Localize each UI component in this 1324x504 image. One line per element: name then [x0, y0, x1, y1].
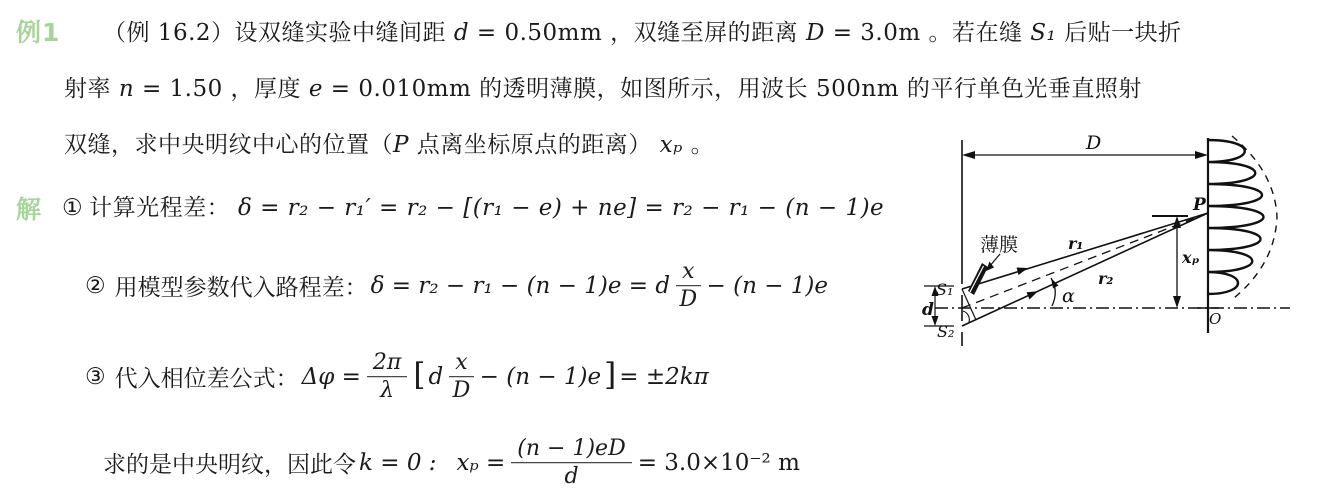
step-1-formula: δ = r₂ − r₁′ = r₂ − [(r₁ − e) + ne] = r₂… — [238, 195, 884, 221]
condition-k-equals-0: k = 0 : — [359, 450, 437, 476]
xp-equals: xₚ = — [457, 450, 506, 476]
problem-text: = 0.50mm ，双缝至屏的距离 — [469, 20, 806, 46]
step-2-title: 用模型参数代入路程差： — [115, 270, 368, 303]
problem-text: （例 16.2）设双缝实验中缝间距 — [103, 20, 454, 46]
step-2-formula-tail: − (n − 1)e — [707, 273, 828, 299]
step-2-formula: δ = r₂ − r₁ − (n − 1)e = d — [371, 273, 670, 299]
var-d: d — [454, 20, 469, 46]
problem-line-1: （例 16.2）设双缝实验中缝间距 d = 0.50mm ，双缝至屏的距离 D … — [103, 14, 1182, 47]
label-O: O — [1209, 310, 1221, 328]
step-3-formula: Δφ = — [302, 364, 361, 390]
label-S1: S₁ — [936, 280, 953, 299]
fraction-numerator: (n − 1)eD — [511, 436, 631, 463]
fraction-x-over-D: x D — [449, 350, 473, 404]
var-e: e — [309, 76, 323, 102]
step-3-result: = ±2kπ — [619, 364, 709, 390]
problem-text: 双缝，求中央明纹中心的位置（ — [64, 132, 393, 158]
arrowhead-ray-r2 — [1027, 291, 1039, 299]
label-D: D — [1085, 132, 1101, 154]
problem-line-3: 双缝，求中央明纹中心的位置（P 点离坐标原点的距离） xₚ 。 — [64, 126, 714, 159]
problem-text: = 3.0m 。若在缝 — [825, 20, 1030, 46]
step-4-text: 求的是中央明纹，因此令 — [103, 447, 356, 480]
arrowhead-alpha-arc — [1051, 278, 1059, 289]
var-D: D — [806, 20, 825, 46]
problem-line-2: 射率 n = 1.50 ，厚度 e = 0.010mm 的透明薄膜，如图所示，用… — [64, 70, 1142, 103]
problem-text: 。 — [683, 132, 714, 158]
problem-text: 后贴一块折 — [1056, 20, 1181, 46]
label-film: 薄膜 — [980, 234, 1018, 256]
problem-text: 射率 — [64, 76, 119, 102]
label-alpha: α — [1062, 285, 1075, 307]
interference-intensity-pattern — [1208, 140, 1264, 294]
var-n: n — [119, 76, 134, 102]
fraction-numerator: 2π — [367, 350, 407, 377]
document-page: { "page": { "accent_green": "#a6d49c", "… — [0, 0, 1324, 504]
solution-step-1: ①计算光程差： δ = r₂ − r₁′ = r₂ − [(r₁ − e) + … — [62, 189, 884, 222]
arrowhead-D-left — [962, 151, 975, 159]
solution-step-4: 求的是中央明纹，因此令 k = 0 : xₚ = (n − 1)eD d = 3… — [103, 436, 800, 490]
fraction-numerator: x — [449, 350, 473, 377]
fraction-denominator: d — [564, 464, 578, 490]
thin-film — [968, 263, 988, 295]
ray-r2 — [962, 213, 1208, 326]
slit-angle-arc — [963, 311, 969, 322]
label-xp: xₚ — [1181, 248, 1200, 267]
var-P: P — [393, 132, 409, 158]
solution-step-2: ② 用模型参数代入路程差： δ = r₂ − r₁ − (n − 1)e = d… — [85, 259, 828, 313]
step-1-title: 计算光程差： — [89, 195, 238, 221]
example-number-label: 例1 — [16, 13, 60, 49]
arrowhead-ray-r1 — [1017, 268, 1029, 276]
var-xp: xₚ — [660, 132, 683, 158]
fraction-2pi-over-lambda: 2π λ — [367, 350, 407, 404]
var-S1: S₁ — [1030, 20, 1056, 46]
solution-label: 解 — [16, 190, 42, 226]
fraction-x-over-D: x D — [676, 259, 700, 313]
intensity-envelope-dashed — [1232, 136, 1277, 298]
problem-text: = 0.010mm 的透明薄膜，如图所示，用波长 500nm 的平行单色光垂直照… — [323, 76, 1142, 102]
step-3-title: 代入相位差公式： — [115, 361, 299, 394]
double-slit-diagram: D 薄膜 r₁ r₂ α S₁ S₂ d P xₚ O — [922, 130, 1324, 348]
fraction-denominator: D — [453, 378, 471, 404]
label-d: d — [922, 300, 934, 320]
fraction-denominator: λ — [380, 378, 394, 404]
arrowhead-xp-bottom — [1173, 296, 1181, 308]
label-P: P — [1192, 195, 1207, 215]
fraction-neD-over-d: (n − 1)eD d — [511, 436, 631, 490]
label-S2: S₂ — [937, 322, 954, 341]
fraction-denominator: D — [680, 287, 698, 313]
label-r2: r₂ — [1098, 269, 1113, 288]
problem-text: = 1.50 ，厚度 — [134, 76, 309, 102]
problem-text: 点离坐标原点的距离） — [409, 132, 660, 158]
step-3-formula: − (n − 1)e — [480, 364, 601, 390]
step-number-3: ③ — [85, 364, 106, 390]
arrowhead-D-right — [1195, 151, 1208, 159]
center-dashed-line — [962, 213, 1208, 308]
step-3-formula: d — [429, 364, 444, 390]
step-number-1: ① — [62, 195, 83, 221]
fraction-numerator: x — [676, 259, 700, 286]
label-r1: r₁ — [1068, 234, 1083, 253]
final-answer-value: = 3.0×10⁻² m — [638, 450, 800, 476]
step-number-2: ② — [85, 273, 106, 299]
solution-step-3: ③ 代入相位差公式： Δφ = 2π λ [ d x D − (n − 1)e … — [85, 350, 709, 404]
